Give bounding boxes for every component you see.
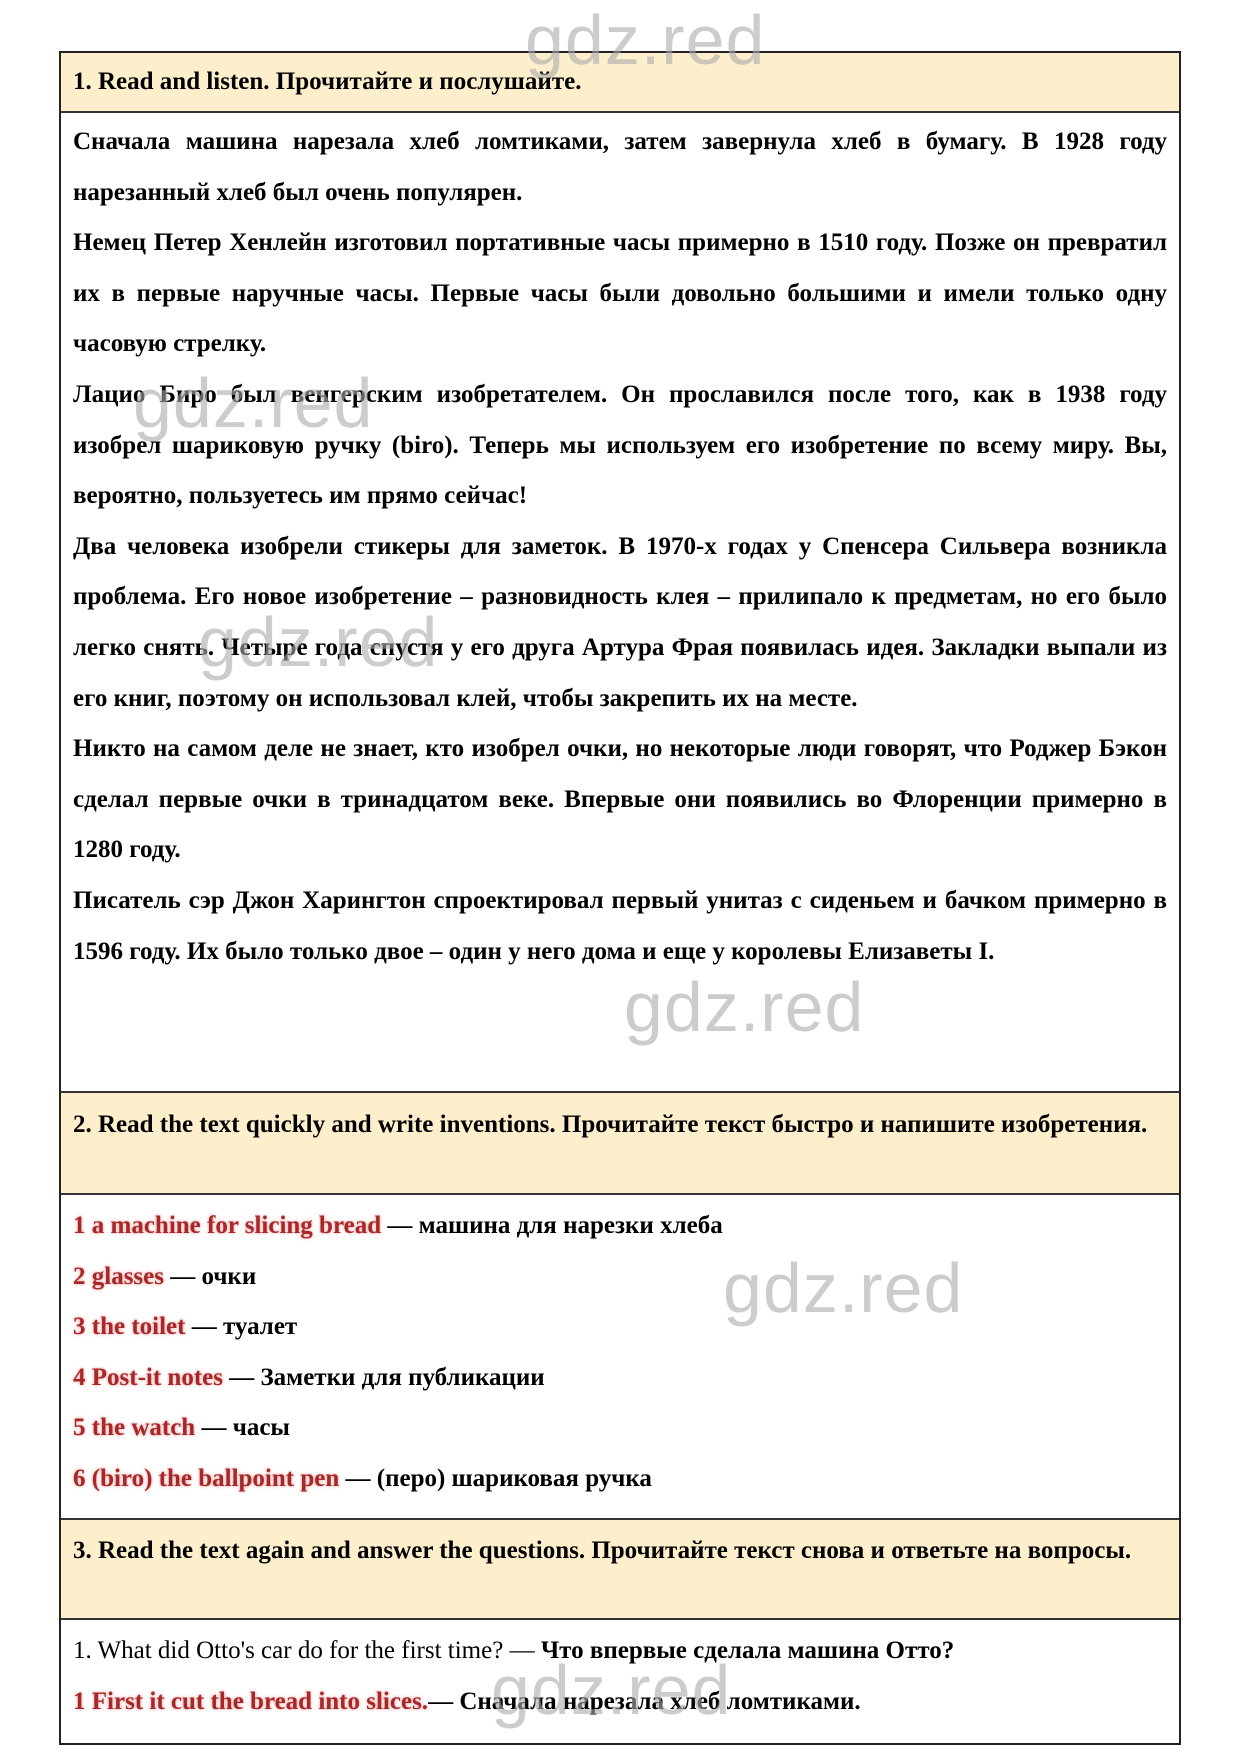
- list-item: 1 a machine for slicing bread — машина д…: [73, 1201, 1167, 1252]
- question-ru: Что впервые сделала машина Отто?: [541, 1637, 954, 1664]
- paragraph-glasses: Никто на самом деле не знает, кто изобре…: [73, 724, 1167, 876]
- answer-en: 3 the toilet: [73, 1313, 185, 1340]
- answer-ru: — туалет: [185, 1313, 297, 1340]
- exercise-2-header: 2. Read the text quickly and write inven…: [61, 1093, 1179, 1195]
- answer-en: 2 glasses: [73, 1263, 164, 1290]
- question-en: 1. What did Otto's car do for the first …: [73, 1637, 541, 1664]
- question-1: 1. What did Otto's car do for the first …: [73, 1626, 1167, 1677]
- paragraph-watch: Немец Петер Хенлейн изготовил портативны…: [73, 218, 1167, 370]
- list-item: 5 the watch — часы: [73, 1403, 1167, 1454]
- list-item: 4 Post-it notes — Заметки для публикации: [73, 1353, 1167, 1404]
- list-item: 6 (biro) the ballpoint pen — (перо) шари…: [73, 1454, 1167, 1505]
- answer-ru: — (перо) шариковая ручка: [339, 1465, 652, 1492]
- answer-ru: — Заметки для публикации: [223, 1364, 545, 1391]
- answer-ru: — часы: [195, 1414, 290, 1441]
- answer-ru: — машина для нарезки хлеба: [381, 1212, 723, 1239]
- answer-en: 6 (biro) the ballpoint pen: [73, 1465, 339, 1492]
- answer-ru: — Сначала нарезала хлеб ломтиками.: [428, 1688, 861, 1715]
- exercise-table: 1. Read and listen. Прочитайте и послуша…: [59, 51, 1181, 1745]
- exercise-1-header: 1. Read and listen. Прочитайте и послуша…: [61, 53, 1179, 113]
- exercise-2-answers: 1 a machine for slicing bread — машина д…: [61, 1195, 1179, 1520]
- list-item: 3 the toilet — туалет: [73, 1302, 1167, 1353]
- answer-1: 1 First it cut the bread into slices.— С…: [73, 1677, 1167, 1728]
- answer-en: 5 the watch: [73, 1414, 195, 1441]
- exercise-3-answers: 1. What did Otto's car do for the first …: [61, 1620, 1179, 1743]
- exercise-1-text: Сначала машина нарезала хлеб ломтиками, …: [61, 113, 1179, 1093]
- answer-en: 1 First it cut the bread into slices.: [73, 1688, 428, 1715]
- paragraph-post-it: Два человека изобрели стикеры для замето…: [73, 522, 1167, 724]
- paragraph-biro: Лацио Биро был венгерским изобретателем.…: [73, 370, 1167, 522]
- paragraph-bread: Сначала машина нарезала хлеб ломтиками, …: [73, 117, 1167, 218]
- exercise-3-header: 3. Read the text again and answer the qu…: [61, 1520, 1179, 1620]
- answer-en: 1 a machine for slicing bread: [73, 1212, 381, 1239]
- answer-en: 4 Post-it notes: [73, 1364, 223, 1391]
- paragraph-toilet: Писатель сэр Джон Харингтон спроектирова…: [73, 876, 1167, 977]
- list-item: 2 glasses — очки: [73, 1252, 1167, 1303]
- answer-ru: — очки: [164, 1263, 256, 1290]
